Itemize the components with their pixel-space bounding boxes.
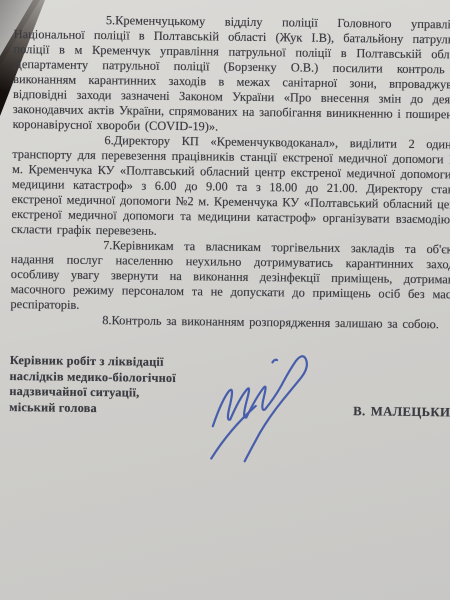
signature-icon [206, 345, 311, 466]
paragraph-5-number: 5. [60, 13, 115, 29]
paragraph-6-text: Директору КП «Кременчукводоканал», виділ… [11, 133, 450, 238]
signer-title-line-4: міський голова [9, 399, 239, 417]
paragraph-5-text: Кременчуцькому відділу поліції Головного… [13, 13, 450, 133]
paragraph-8-text: Контроль за виконанням розпорядження зал… [111, 313, 439, 331]
document-photo: 5.Кременчуцькому відділу поліції Головно… [0, 0, 450, 600]
signer-title: Керівник робіт з ліквідації наслідків ме… [9, 353, 240, 418]
paragraph-6-number: 6. [58, 133, 113, 149]
paragraph-7-number: 7. [57, 238, 112, 254]
signature-block: Керівник робіт з ліквідації наслідків ме… [8, 353, 450, 479]
document-body: 5.Кременчуцькому відділу поліції Головно… [8, 12, 450, 479]
paragraph-8-number: 8. [56, 313, 111, 329]
paragraph-5: 5.Кременчуцькому відділу поліції Головно… [13, 12, 450, 138]
signer-name: В. МАЛЕЦЬКИЙ [353, 404, 450, 420]
paragraph-6: 6.Директору КП «Кременчукводоканал», вид… [11, 132, 450, 243]
paragraph-7: 7.Керівникам та власникам торгівельних з… [10, 237, 450, 318]
